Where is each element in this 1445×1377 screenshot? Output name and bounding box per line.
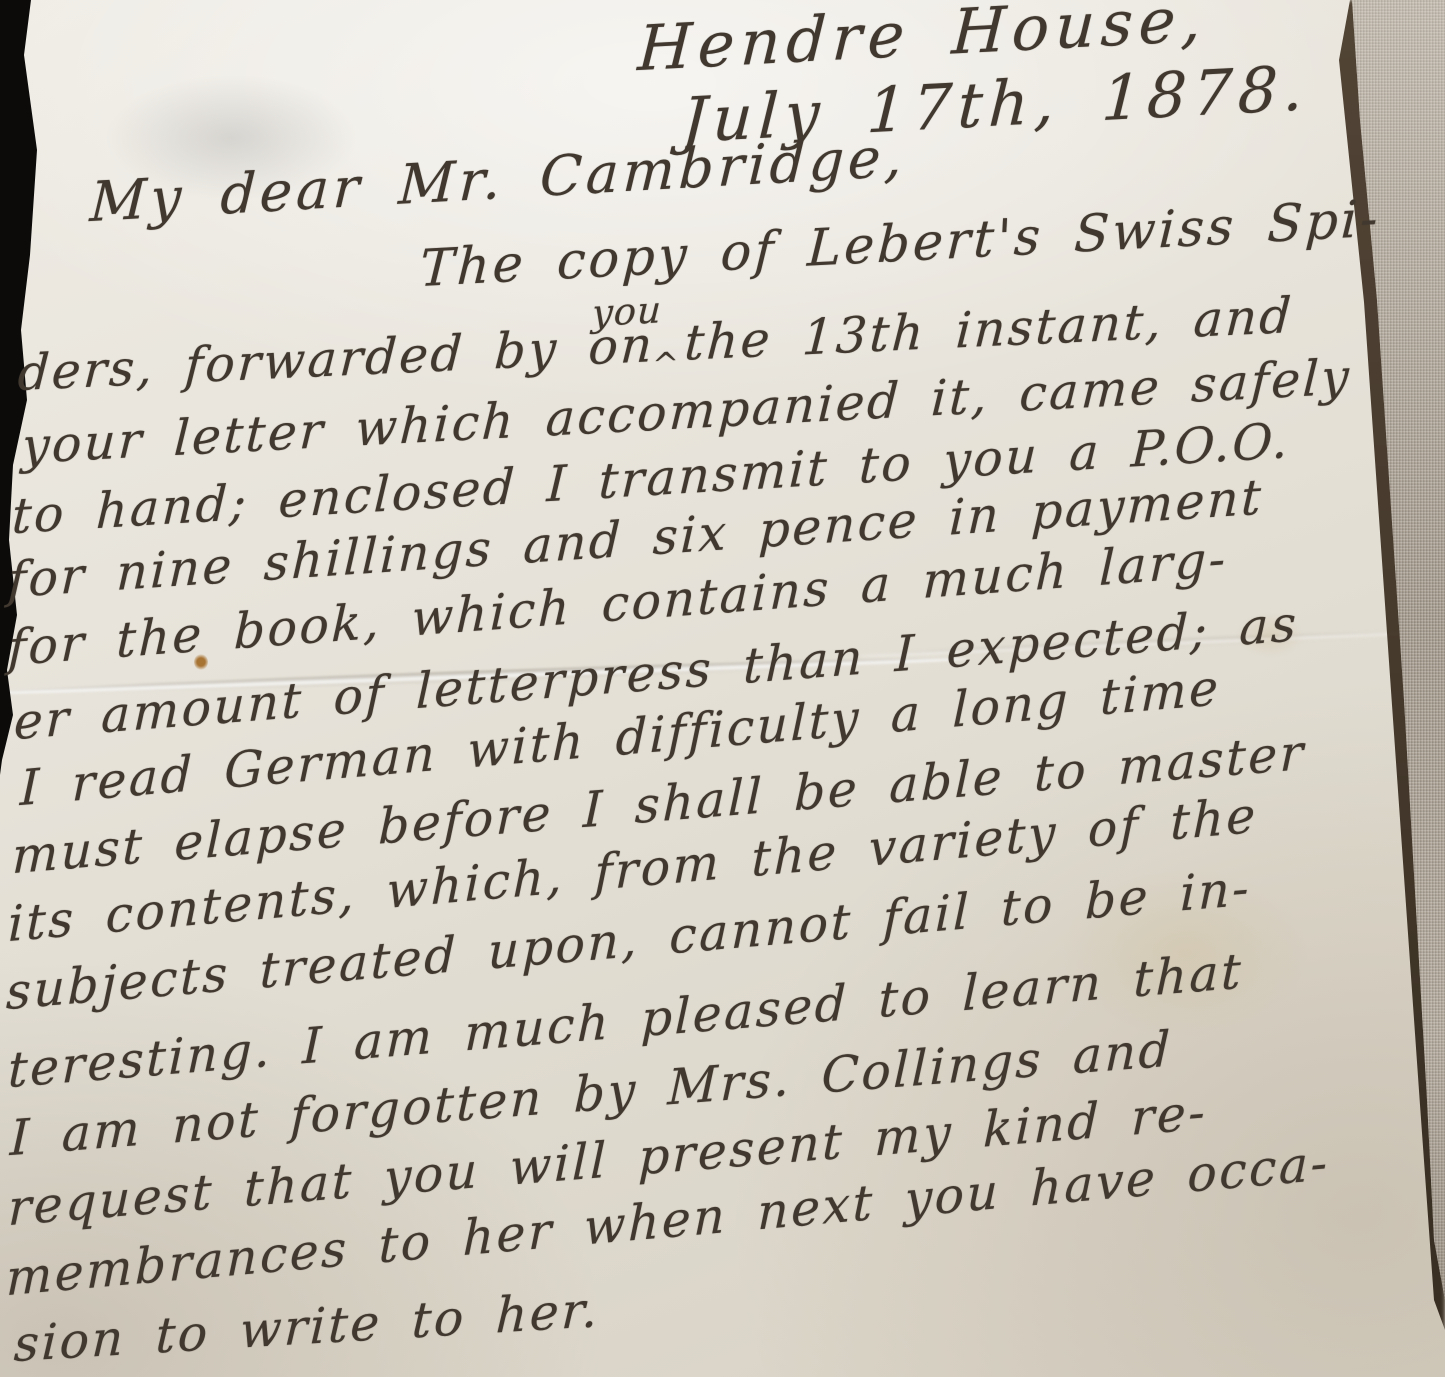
letter-photograph: Hendre House, July 17th, 1878. My dear M… bbox=[0, 0, 1445, 1377]
